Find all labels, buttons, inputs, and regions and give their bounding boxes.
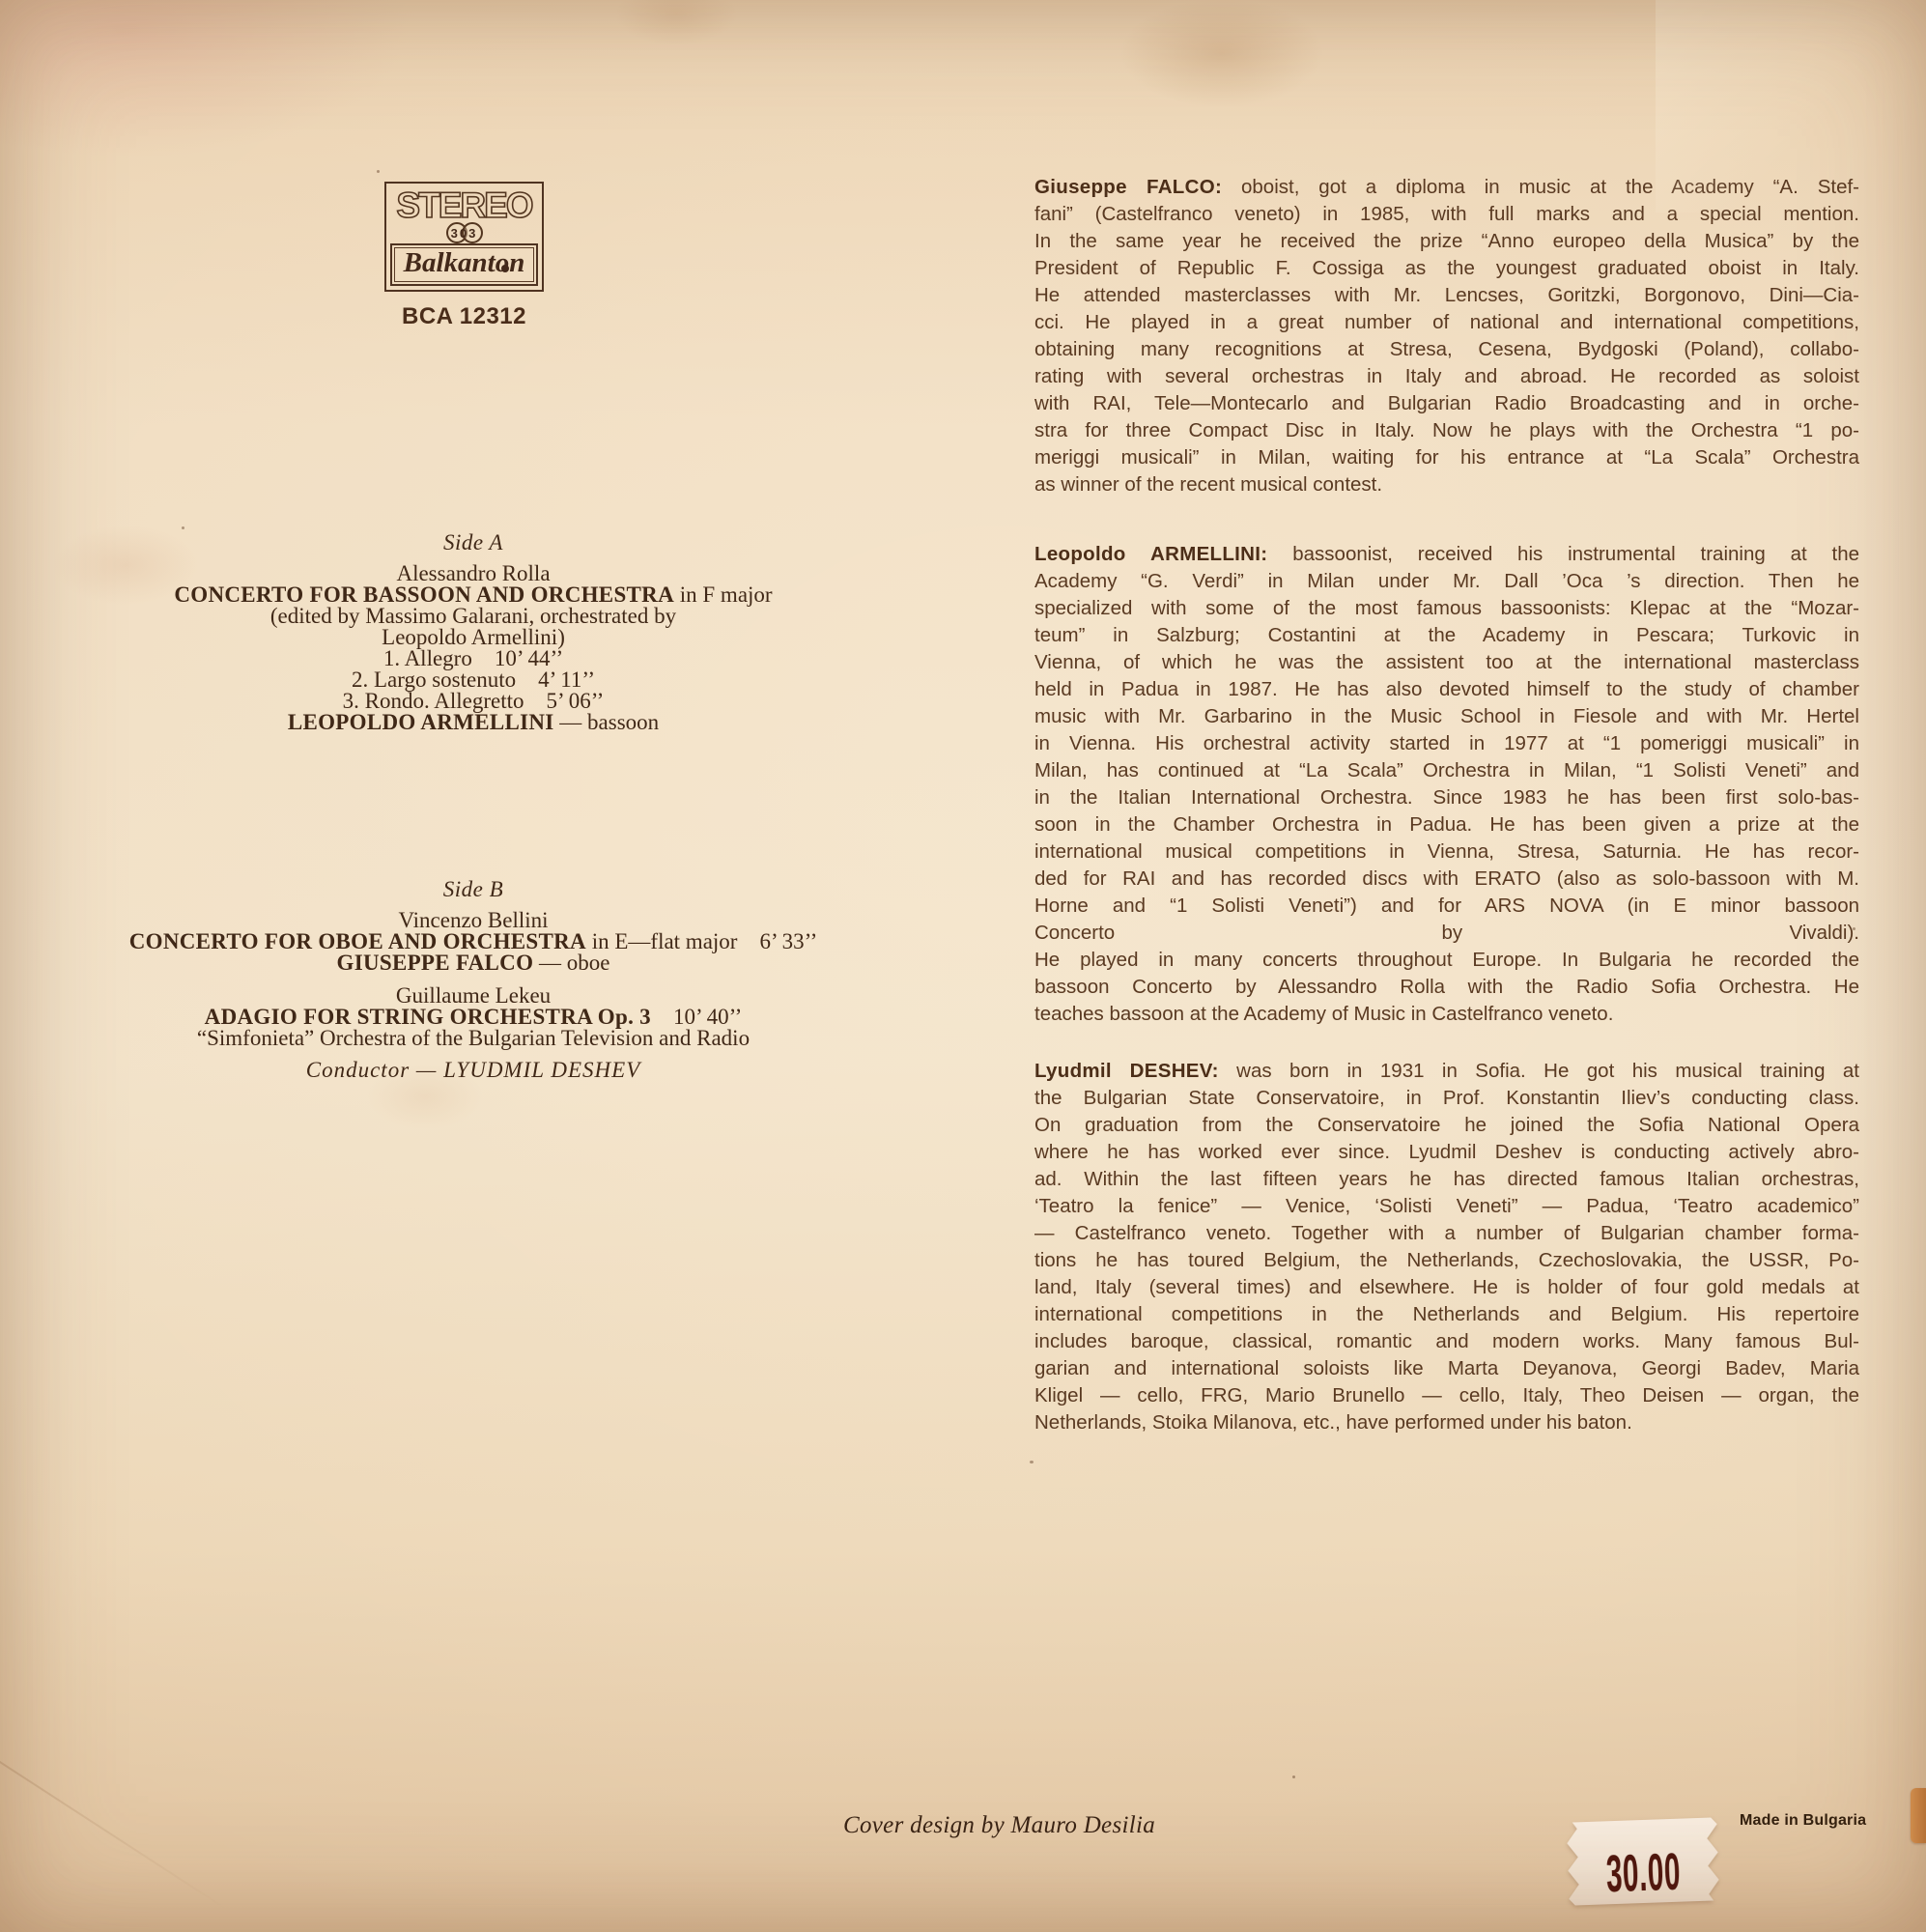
cover-design-credit: Cover design by Mauro Desilia [843, 1812, 1155, 1839]
side-a-composer: Alessandro Rolla [87, 563, 860, 584]
side-a-work-title: CONCERTO FOR BASSOON AND ORCHESTRA in F … [87, 584, 860, 606]
bio-text-line: He attended masterclasses with Mr. Lencs… [1034, 282, 1859, 309]
bio-text-line: obtaining many recognitions at Stresa, C… [1034, 336, 1859, 363]
work-title-rest: in F major [674, 582, 773, 607]
bio-lines: fani” (Castelfranco veneto) in 1985, wit… [1034, 201, 1859, 498]
bio-text-line: In the same year he received the prize “… [1034, 228, 1859, 255]
side-b-work-title: CONCERTO FOR OBOE AND ORCHESTRA in E—fla… [87, 931, 860, 952]
side-b-tracklist: Side B Vincenzo Bellini CONCERTO FOR OBO… [87, 879, 860, 1081]
work-title-rest: in E—flat major 6’ 33’’ [586, 929, 817, 953]
track-item: 1. Allegro 10’ 44’’ [87, 648, 860, 669]
price-value: 30.00 [1600, 1842, 1685, 1905]
bio-text-line: ad. Within the last fifteen years he has… [1034, 1166, 1859, 1193]
bio-text: was born in 1931 in Sofia. He got his mu… [1219, 1060, 1859, 1082]
brand-dot-icon [501, 265, 509, 272]
bio-text-line: garian and international soloists like M… [1034, 1355, 1859, 1382]
bio-text-line: bassoon Concerto by Alessandro Rolla wit… [1034, 974, 1859, 1001]
bio-text-line: as winner of the recent musical contest. [1034, 471, 1859, 498]
bio-text-line: ded for RAI and has recorded discs with … [1034, 866, 1859, 893]
bio-text-line: teum” in Salzburg; Costantini at the Aca… [1034, 622, 1859, 649]
bio-text-line: Netherlands, Stoika Milanova, etc., have… [1034, 1409, 1859, 1436]
dust-speck [1292, 1776, 1295, 1778]
dust-speck [377, 170, 380, 173]
bio-text-line: President of Republic F. Cossiga as the … [1034, 255, 1859, 282]
price-sticker: 30.00 [1567, 1817, 1720, 1905]
stereo-303-badge: 303 [446, 222, 483, 243]
bio-text-line: Horne and “1 Solisti Veneti”) and for AR… [1034, 893, 1859, 920]
paper-wrinkle [1656, 0, 1926, 213]
bio-first-line: Lyudmil DESHEV: was born in 1931 in Sofi… [1034, 1058, 1859, 1085]
side-a-tracklist: Side A Alessandro Rolla CONCERTO FOR BAS… [87, 532, 860, 733]
bio-artist-name: Leopoldo ARMELLINI: [1034, 543, 1267, 565]
bio-text-line: meriggi musicali” in Milan, waiting for … [1034, 444, 1859, 471]
bio-lyudmil-deshev: Lyudmil DESHEV: was born in 1931 in Sofi… [1034, 1058, 1859, 1436]
bio-text-line: specialized with some of the most famous… [1034, 595, 1859, 622]
side-a-edit-note: (edited by Massimo Galarani, orchestrate… [87, 606, 860, 627]
bio-text-line: rating with several orchestras in Italy … [1034, 363, 1859, 390]
conductor-credit: Conductor — LYUDMIL DESHEV [87, 1060, 860, 1081]
bio-text-line: stra for three Compact Disc in Italy. No… [1034, 417, 1859, 444]
balkanton-logo: STEREO 303 Balkanton [384, 182, 544, 292]
bio-text-line: He played in many concerts throughout Eu… [1034, 947, 1859, 974]
bio-text-line: On graduation from the Conservatoire he … [1034, 1112, 1859, 1139]
stereo-number: 303 [446, 226, 483, 241]
bio-text-line: Concerto by Vivaldi). [1034, 920, 1859, 947]
soloist-name: GIUSEPPE FALCO [337, 951, 534, 975]
paper-crease [0, 1740, 227, 1910]
bio-text-line: Milan, has continued at “La Scala” Orche… [1034, 757, 1859, 784]
bio-text-line: land, Italy (several times) and elsewher… [1034, 1274, 1859, 1301]
side-b-work-title: ADAGIO FOR STRING ORCHESTRA Op. 3 10’ 40… [87, 1007, 860, 1028]
side-b-soloist: GIUSEPPE FALCO — oboe [87, 952, 860, 974]
soloist-name: LEOPOLDO ARMELLINI [288, 710, 554, 734]
brand-name: Balkanton [392, 247, 536, 279]
orchestra-name: “Simfonieta” Orchestra of the Bulgarian … [87, 1028, 860, 1049]
bio-text-line: music with Mr. Garbarino in the Music Sc… [1034, 703, 1859, 730]
bio-text-line: ‘Teatro la fenice” — Venice, ‘Solisti Ve… [1034, 1193, 1859, 1220]
bio-giuseppe-falco: Giuseppe FALCO: oboist, got a diploma in… [1034, 174, 1859, 498]
bio-text-line: — Castelfranco veneto. Together with a n… [1034, 1220, 1859, 1247]
side-b-composer: Vincenzo Bellini [87, 910, 860, 931]
bio-artist-name: Giuseppe FALCO: [1034, 176, 1222, 198]
bio-text-line: with RAI, Tele—Montecarlo and Bulgarian … [1034, 390, 1859, 417]
side-b-heading: Side B [87, 879, 860, 900]
bio-text-line: cci. He played in a great number of nati… [1034, 309, 1859, 336]
bio-text-line: includes baroque, classical, romantic an… [1034, 1328, 1859, 1355]
bio-text-line: soon in the Chamber Orchestra in Padua. … [1034, 811, 1859, 838]
bio-text-line: the Bulgarian State Conservatoire, in Pr… [1034, 1085, 1859, 1112]
catalog-number: BCA 12312 [384, 303, 544, 330]
soloist-instrument: — oboe [533, 951, 609, 975]
brand-logo-box: Balkanton [390, 243, 538, 286]
track-item: 2. Largo sostenuto 4’ 11’’ [87, 669, 860, 691]
bio-text: bassoonist, received his instrumental tr… [1267, 543, 1859, 565]
dust-speck [182, 526, 184, 529]
made-in-label: Made in Bulgaria [1740, 1812, 1866, 1830]
bio-text-line: Academy “G. Verdi” in Milan under Mr. Da… [1034, 568, 1859, 595]
bio-lines: the Bulgarian State Conservatoire, in Pr… [1034, 1085, 1859, 1436]
stereo-logo: STEREO [386, 185, 542, 226]
bio-text-line: where he has worked ever since. Lyudmil … [1034, 1139, 1859, 1166]
bio-text-line: tions he has toured Belgium, the Netherl… [1034, 1247, 1859, 1274]
dust-speck [1853, 927, 1855, 930]
bio-leopoldo-armellini: Leopoldo ARMELLINI: bassoonist, received… [1034, 541, 1859, 1028]
bio-text-line: in the Italian International Orchestra. … [1034, 784, 1859, 811]
sticker-remnant [1911, 1788, 1926, 1843]
track-item: 3. Rondo. Allegretto 5’ 06’’ [87, 691, 860, 712]
bio-text-line: Kligel — cello, FRG, Mario Brunello — ce… [1034, 1382, 1859, 1409]
dust-speck [1030, 1461, 1034, 1463]
album-back-cover: STEREO 303 Balkanton BCA 12312 Side A Al… [0, 0, 1926, 1932]
bio-text-line: in Vienna. His orchestral activity start… [1034, 730, 1859, 757]
bio-lines: Academy “G. Verdi” in Milan under Mr. Da… [1034, 568, 1859, 1028]
side-a-soloist: LEOPOLDO ARMELLINI — bassoon [87, 712, 860, 733]
bio-text-line: Vienna, of which he was the assistent to… [1034, 649, 1859, 676]
bio-artist-name: Lyudmil DESHEV: [1034, 1060, 1219, 1082]
bio-text-line: held in Padua in 1987. He has also devot… [1034, 676, 1859, 703]
bio-text-line: international competitions in the Nether… [1034, 1301, 1859, 1328]
side-b-composer: Guillaume Lekeu [87, 985, 860, 1007]
side-a-edit-note: Leopoldo Armellini) [87, 627, 860, 648]
side-a-heading: Side A [87, 532, 860, 554]
bio-text-line: teaches bassoon at the Academy of Music … [1034, 1001, 1859, 1028]
soloist-instrument: — bassoon [554, 710, 660, 734]
bio-first-line: Leopoldo ARMELLINI: bassoonist, received… [1034, 541, 1859, 568]
bio-text-line: international musical competitions in Vi… [1034, 838, 1859, 866]
